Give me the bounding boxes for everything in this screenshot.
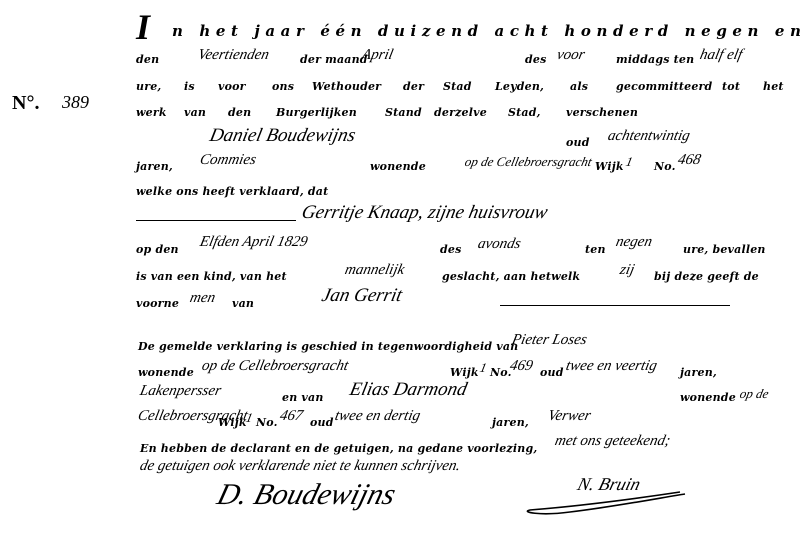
handwritten-ampm: voor xyxy=(555,47,586,64)
printed-text: des xyxy=(525,53,546,66)
divider xyxy=(500,305,730,306)
handwritten-witness2-age: twee en dertig xyxy=(333,408,422,425)
printed-text: ure, xyxy=(136,80,161,93)
handwritten-closing-note: met ons geteekend; xyxy=(553,433,672,450)
printed-text: bij deze geeft de xyxy=(654,270,759,283)
printed-text: jaren, xyxy=(136,160,173,173)
printed-text: oud xyxy=(566,136,590,149)
handwritten-wijk: 1 xyxy=(478,360,488,376)
printed-text: jaren, xyxy=(492,416,529,429)
handwritten-mother-name: Gerritje Knaap, zijne huisvrouw xyxy=(300,202,550,224)
handwritten-witness1-address: op de Cellebroersgracht xyxy=(200,358,350,375)
printed-text: verschenen xyxy=(566,106,638,119)
printed-text: der maand xyxy=(300,53,368,66)
divider xyxy=(136,220,296,221)
handwritten-declarant-age: achtentwintig xyxy=(606,128,691,145)
record-number-value: 389 xyxy=(62,92,89,113)
handwritten-witness1-house-number: 469 xyxy=(508,358,534,375)
handwritten-pronoun: zij xyxy=(618,262,636,279)
printed-text: werk xyxy=(136,106,167,119)
handwritten-witness2-house-number: 467 xyxy=(278,408,304,425)
handwritten-witness2-address-start: op de xyxy=(738,386,770,402)
printed-text: oud xyxy=(540,366,564,379)
printed-text: wonende xyxy=(370,160,426,173)
printed-text: der xyxy=(403,80,424,93)
handwritten-witness2-occupation: Verwer xyxy=(546,408,592,425)
printed-text: Stad, xyxy=(508,106,541,119)
handwritten-witness-note: de getuigen ook verklarende niet te kunn… xyxy=(138,458,462,475)
printed-text: welke ons heeft verklaard, dat xyxy=(136,185,328,198)
handwritten-birth-hour: negen xyxy=(614,234,653,251)
printed-text: den xyxy=(228,106,251,119)
handwritten-day: Veertienden xyxy=(196,47,270,64)
printed-text: is xyxy=(184,80,195,93)
heading-initial: I xyxy=(136,6,150,48)
printed-text: No. xyxy=(256,416,278,429)
printed-text: ure, bevallen xyxy=(683,243,766,256)
civil-birth-record: N°. 389 I n het jaar één duizend acht ho… xyxy=(0,0,800,550)
printed-text: De gemelde verklaring is geschied in teg… xyxy=(138,340,518,353)
handwritten-declarant-address: op de Cellebroersgracht xyxy=(463,154,593,170)
signature-flourish xyxy=(520,488,690,518)
handwritten-sex: mannelijk xyxy=(343,262,406,279)
printed-text: Stand xyxy=(385,106,422,119)
printed-text: Burgerlijken xyxy=(276,106,357,119)
handwritten-daytime: avonds xyxy=(476,236,522,253)
printed-text: middags ten xyxy=(616,53,694,66)
handwritten-wijk: 1 xyxy=(624,154,634,170)
printed-text: van xyxy=(232,297,254,310)
printed-text: oud xyxy=(310,416,334,429)
printed-text: geslacht, aan hetwelk xyxy=(442,270,580,283)
printed-text: Leyden, xyxy=(495,80,544,93)
printed-text: Stad xyxy=(443,80,472,93)
handwritten-month: April xyxy=(360,47,394,64)
printed-text: van xyxy=(184,106,206,119)
handwritten-declarant-occupation: Commies xyxy=(198,152,257,169)
printed-text: tot xyxy=(722,80,740,93)
record-number-label: N°. xyxy=(12,92,39,115)
handwritten-witness1-age: twee en veertig xyxy=(564,358,658,375)
handwritten-time: half elf xyxy=(698,47,744,64)
printed-text: als xyxy=(570,80,588,93)
handwritten-declarant-name: Daniel Boudewijns xyxy=(208,125,358,147)
handwritten-witness2-name: Elias Darmond xyxy=(348,379,469,401)
printed-text: is van een kind, van het xyxy=(136,270,287,283)
handwritten-men: men xyxy=(188,290,217,307)
handwritten-witness1-occupation: Lakenpersser xyxy=(138,383,222,400)
printed-text: Wijk xyxy=(595,160,624,173)
handwritten-house-number: 468 xyxy=(676,152,702,169)
printed-text: het xyxy=(763,80,784,93)
printed-text: No. xyxy=(654,160,676,173)
handwritten-witness1-name: Pieter Loses xyxy=(510,332,588,349)
printed-text: ten xyxy=(585,243,606,256)
printed-text: Wijk xyxy=(450,366,479,379)
printed-text: jaren, xyxy=(680,366,717,379)
handwritten-birth-date: Elfden April 1829 xyxy=(198,234,309,251)
printed-text: Wijk xyxy=(218,416,247,429)
printed-text: en van xyxy=(282,391,324,404)
printed-text: des xyxy=(440,243,461,256)
printed-text: derzelve xyxy=(434,106,487,119)
printed-text: op den xyxy=(136,243,179,256)
printed-text: ons xyxy=(272,80,294,93)
signature-declarant: D. Boudewijns xyxy=(213,478,399,512)
handwritten-child-name: Jan Gerrit xyxy=(320,285,404,307)
printed-text: den xyxy=(136,53,159,66)
printed-text: wonende xyxy=(680,391,736,404)
printed-text: En hebben de declarant en de getuigen, n… xyxy=(140,442,537,455)
printed-text: voorne xyxy=(136,297,179,310)
printed-text: Wethouder xyxy=(312,80,381,93)
printed-text: wonende xyxy=(138,366,194,379)
heading-text: n het jaar één duizend acht honderd nege… xyxy=(172,22,800,40)
printed-text: gecommitteerd xyxy=(616,80,712,93)
printed-text: voor xyxy=(218,80,246,93)
